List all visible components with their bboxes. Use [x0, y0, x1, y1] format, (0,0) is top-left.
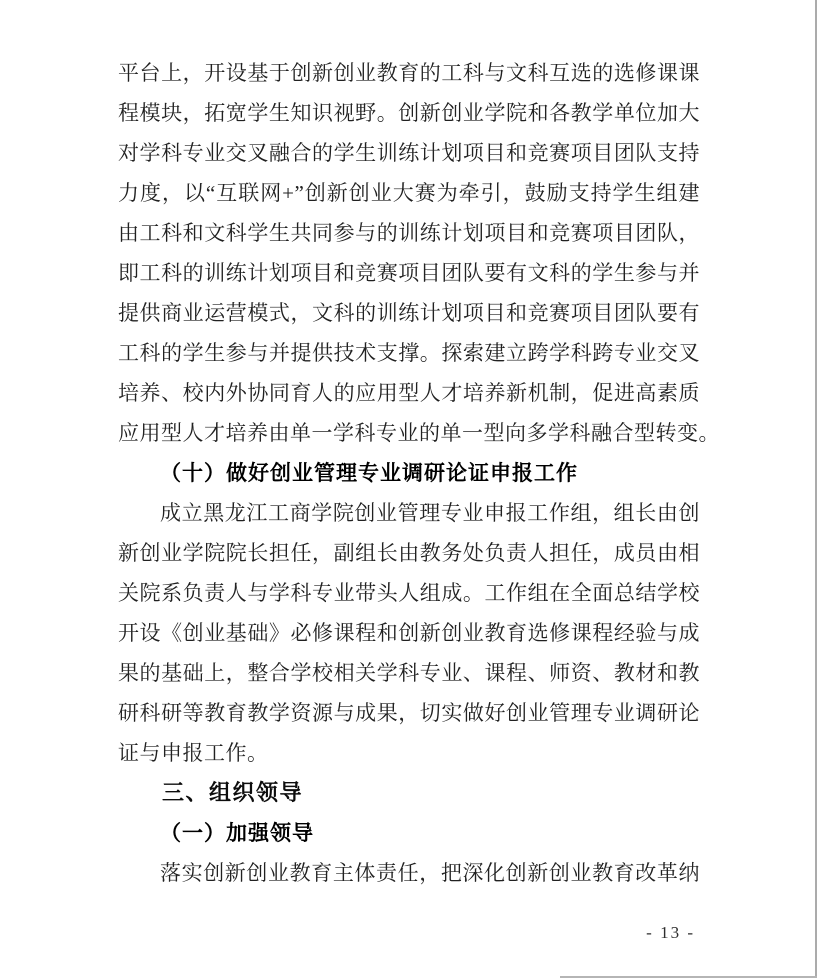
body-line: 研科研等教育教学资源与成果，切实做好创业管理专业调研论	[118, 693, 700, 733]
body-line: 开设《创业基础》必修课程和创新创业教育选修课程经验与成	[118, 613, 700, 653]
document-page: 平台上，开设基于创新创业教育的工科与文科互选的选修课课 程模块，拓宽学生知识视野…	[0, 0, 817, 978]
body-line: 果的基础上，整合学校相关学科专业、课程、师资、教材和教	[118, 653, 700, 693]
body-line: 平台上，开设基于创新创业教育的工科与文科互选的选修课课	[118, 53, 700, 93]
body-line: 即工科的训练计划项目和竞赛项目团队要有文科的学生参与并	[118, 253, 700, 293]
text-block: 平台上，开设基于创新创业教育的工科与文科互选的选修课课 程模块，拓宽学生知识视野…	[118, 53, 700, 893]
body-line: 关院系负责人与学科专业带头人组成。工作组在全面总结学校	[118, 573, 700, 613]
body-line: 成立黑龙江工商学院创业管理专业申报工作组，组长由创	[118, 493, 700, 533]
subsection-heading-10: （十）做好创业管理专业调研论证申报工作	[118, 453, 700, 493]
body-line: 应用型人才培养由单一学科专业的单一型向多学科融合型转变。	[118, 413, 700, 453]
body-line: 证与申报工作。	[118, 733, 700, 773]
body-line: 对学科专业交叉融合的学生训练计划项目和竞赛项目团队支持	[118, 133, 700, 173]
body-line: 力度，以“互联网+”创新创业大赛为牵引，鼓励支持学生组建	[118, 173, 700, 213]
body-line: 工科的学生参与并提供技术支撑。探索建立跨学科跨专业交叉	[118, 333, 700, 373]
subsection-heading-1: （一）加强领导	[118, 813, 700, 853]
body-line: 新创业学院院长担任，副组长由教务处负责人担任，成员由相	[118, 533, 700, 573]
section-heading-3: 三、组织领导	[118, 773, 700, 813]
body-line: 程模块，拓宽学生知识视野。创新创业学院和各教学单位加大	[118, 93, 700, 133]
body-line: 落实创新创业教育主体责任，把深化创新创业教育改革纳	[118, 853, 700, 893]
body-line: 培养、校内外协同育人的应用型人才培养新机制，促进高素质	[118, 373, 700, 413]
page-number: - 13 -	[646, 922, 695, 944]
body-line: 由工科和文科学生共同参与的训练计划项目和竞赛项目团队，	[118, 213, 700, 253]
body-line: 提供商业运营模式，文科的训练计划项目和竞赛项目团队要有	[118, 293, 700, 333]
